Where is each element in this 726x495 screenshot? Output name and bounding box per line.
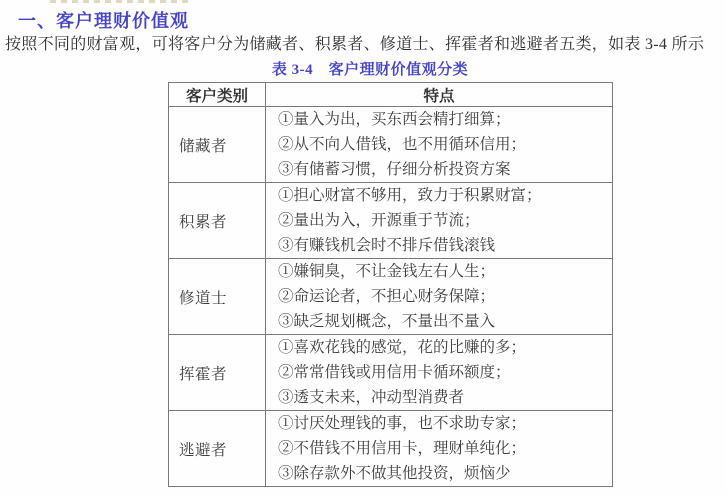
table-caption: 表 3-4 客户理财价值观分类 bbox=[140, 58, 600, 79]
feature-line: ②命运论者，不担心财务保障； bbox=[278, 284, 612, 309]
values-table: 客户类别 特点 储藏者 ①量入为出，买东西会精打细算； ②从不向人借钱，也不用循… bbox=[168, 82, 613, 487]
category-cell: 逃避者 bbox=[169, 411, 266, 487]
feature-line: ③除存款外不做其他投资，烦恼少 bbox=[278, 461, 612, 486]
features-cell: ①量入为出，买东西会精打细算； ②从不向人借钱，也不用循环信用； ③有储蓄习惯，… bbox=[266, 107, 613, 183]
category-cell: 修道士 bbox=[169, 259, 266, 335]
clipped-text-fragment bbox=[50, 0, 188, 3]
intro-paragraph: 按照不同的财富观，可将客户分为储藏者、积累者、修道士、挥霍者和逃避者五类，如表 … bbox=[5, 31, 726, 54]
feature-line: ①讨厌处理钱的事，也不求助专家； bbox=[278, 411, 612, 436]
feature-line: ②常常借钱或用信用卡循环额度； bbox=[278, 360, 612, 385]
table-row: 积累者 ①担心财富不够用，致力于积累财富； ②量出为入，开源重于节流； ③有赚钱… bbox=[169, 183, 613, 259]
feature-line: ③有储蓄习惯，仔细分析投资方案 bbox=[278, 157, 612, 182]
document-page: 一、客户理财价值观 按照不同的财富观，可将客户分为储藏者、积累者、修道士、挥霍者… bbox=[0, 0, 726, 495]
table-row: 储藏者 ①量入为出，买东西会精打细算； ②从不向人借钱，也不用循环信用； ③有储… bbox=[169, 107, 613, 183]
feature-line: ②从不向人借钱，也不用循环信用； bbox=[278, 132, 612, 157]
feature-line: ②不借钱不用信用卡，理财单纯化； bbox=[278, 436, 612, 461]
feature-line: ①喜欢花钱的感觉，花的比赚的多； bbox=[278, 335, 612, 360]
feature-line: ②量出为入，开源重于节流； bbox=[278, 208, 612, 233]
feature-line: ③透支未来，冲动型消费者 bbox=[278, 385, 612, 410]
feature-line: ①担心财富不够用，致力于积累财富； bbox=[278, 183, 612, 208]
feature-line: ③缺乏规划概念，不量出不量入 bbox=[278, 309, 612, 334]
category-cell: 挥霍者 bbox=[169, 335, 266, 411]
features-cell: ①嫌铜臭，不让金钱左右人生； ②命运论者，不担心财务保障； ③缺乏规划概念，不量… bbox=[266, 259, 613, 335]
header-cell-category: 客户类别 bbox=[169, 83, 266, 107]
feature-line: ①嫌铜臭，不让金钱左右人生； bbox=[278, 259, 612, 284]
header-cell-features: 特点 bbox=[266, 83, 613, 107]
feature-line: ③有赚钱机会时不排斥借钱滚钱 bbox=[278, 233, 612, 258]
feature-line: ①量入为出，买东西会精打细算； bbox=[278, 107, 612, 132]
features-cell: ①喜欢花钱的感觉，花的比赚的多； ②常常借钱或用信用卡循环额度； ③透支未来，冲… bbox=[266, 335, 613, 411]
table-row: 挥霍者 ①喜欢花钱的感觉，花的比赚的多； ②常常借钱或用信用卡循环额度； ③透支… bbox=[169, 335, 613, 411]
table-header-row: 客户类别 特点 bbox=[169, 83, 613, 107]
features-cell: ①担心财富不够用，致力于积累财富； ②量出为入，开源重于节流； ③有赚钱机会时不… bbox=[266, 183, 613, 259]
features-cell: ①讨厌处理钱的事，也不求助专家； ②不借钱不用信用卡，理财单纯化； ③除存款外不… bbox=[266, 411, 613, 487]
category-cell: 储藏者 bbox=[169, 107, 266, 183]
table-row: 修道士 ①嫌铜臭，不让金钱左右人生； ②命运论者，不担心财务保障； ③缺乏规划概… bbox=[169, 259, 613, 335]
section-heading: 一、客户理财价值观 bbox=[18, 7, 189, 33]
table-row: 逃避者 ①讨厌处理钱的事，也不求助专家； ②不借钱不用信用卡，理财单纯化； ③除… bbox=[169, 411, 613, 487]
category-cell: 积累者 bbox=[169, 183, 266, 259]
